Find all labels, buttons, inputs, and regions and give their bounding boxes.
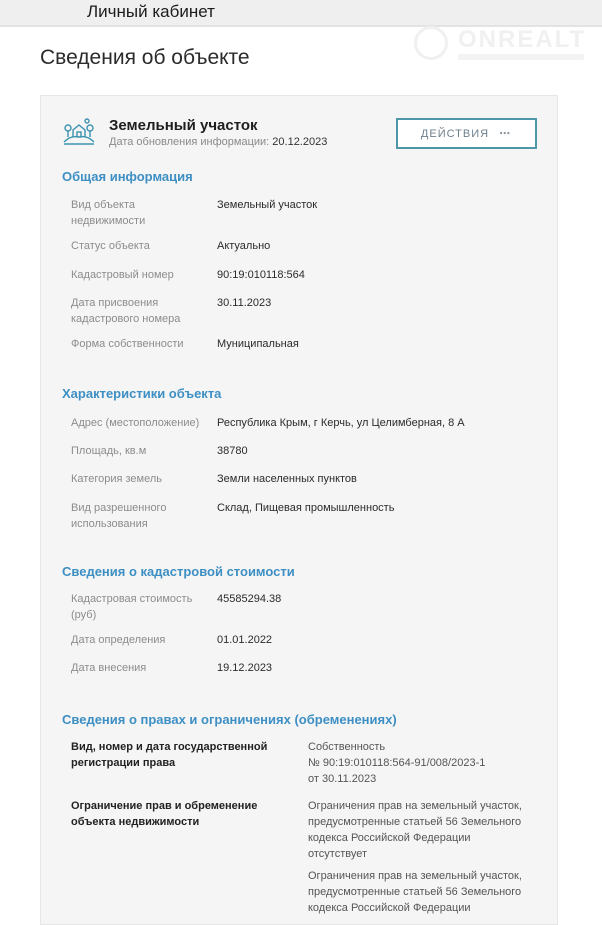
row-label: Вид, номер и дата государственной регист… <box>71 739 291 771</box>
row-label: Вид разрешенного использования <box>71 500 211 532</box>
row-label: Кадастровый номер <box>71 267 211 283</box>
personal-account-link[interactable]: Личный кабинет <box>87 2 215 22</box>
row-label: Кадастровая стоимость (руб) <box>71 591 211 623</box>
land-plot-icon <box>63 118 95 146</box>
row-label: Дата присвоения кадастрового номера <box>71 295 211 327</box>
row-value: Склад, Пищевая промышленность <box>217 500 537 516</box>
restriction-value: Ограничения прав на земельный участок, п… <box>308 798 528 910</box>
cadastral-number-value: 90:19:010118:564 <box>217 267 537 283</box>
watermark-text: ONREALT <box>458 26 586 54</box>
row-label: Форма собственности <box>71 336 211 352</box>
page-title: Сведения об объекте <box>40 46 250 70</box>
row-label: Категория земель <box>71 471 211 487</box>
cadastral-value: 45585294.38 <box>217 591 537 607</box>
house-logo-icon <box>414 26 448 60</box>
row-value: 01.01.2022 <box>217 632 537 648</box>
row-value: Актуально <box>217 238 537 254</box>
more-dots-icon: ⋯ <box>499 127 512 140</box>
update-date-value: 20.12.2023 <box>272 136 327 148</box>
onrealt-watermark: ONREALT <box>412 24 592 70</box>
value-line: от 30.11.2023 <box>308 771 528 787</box>
registration-value: Собственность № 90:19:010118:564-91/008/… <box>308 739 528 787</box>
value-line: Собственность <box>308 739 528 755</box>
actions-button[interactable]: ДЕЙСТВИЯ ⋯ <box>396 118 537 149</box>
object-card: Земельный участок Дата обновления информ… <box>40 95 558 910</box>
row-value: 19.12.2023 <box>217 660 537 676</box>
row-value: 30.11.2023 <box>217 295 537 311</box>
area-value: 38780 <box>217 443 537 459</box>
section-title-characteristics: Характеристики объекта <box>62 386 221 401</box>
row-label: Ограничение прав и обременение объекта н… <box>71 798 291 830</box>
row-label: Статус объекта <box>71 238 211 254</box>
row-value: Земельный участок <box>217 197 537 213</box>
section-title-cadastral-value: Сведения о кадастровой стоимости <box>62 564 295 579</box>
row-label: Площадь, кв.м <box>71 443 211 459</box>
watermark-subtitle <box>458 54 584 60</box>
row-label: Вид объекта недвижимости <box>71 197 211 229</box>
update-date-info: Дата обновления информации: 20.12.2023 <box>109 136 327 148</box>
row-label: Адрес (местоположение) <box>71 415 211 431</box>
address-value: Республика Крым, г Керчь, ул Целимберная… <box>217 415 537 431</box>
update-date-label: Дата обновления информации: <box>109 136 269 148</box>
row-value: Муниципальная <box>217 336 537 352</box>
actions-button-label: ДЕЙСТВИЯ <box>421 128 489 140</box>
restriction-block: Ограничения прав на земельный участок, п… <box>308 798 528 862</box>
section-title-general: Общая информация <box>62 169 193 184</box>
row-label: Дата внесения <box>71 660 211 676</box>
top-bar: Личный кабинет <box>0 0 602 27</box>
row-label: Дата определения <box>71 632 211 648</box>
object-title: Земельный участок <box>109 117 258 134</box>
section-title-rights: Сведения о правах и ограничениях (обреме… <box>62 712 397 727</box>
restriction-block: Ограничения прав на земельный участок, п… <box>308 868 528 910</box>
row-value: Земли населенных пунктов <box>217 471 537 487</box>
value-line: № 90:19:010118:564-91/008/2023-1 <box>308 755 528 771</box>
